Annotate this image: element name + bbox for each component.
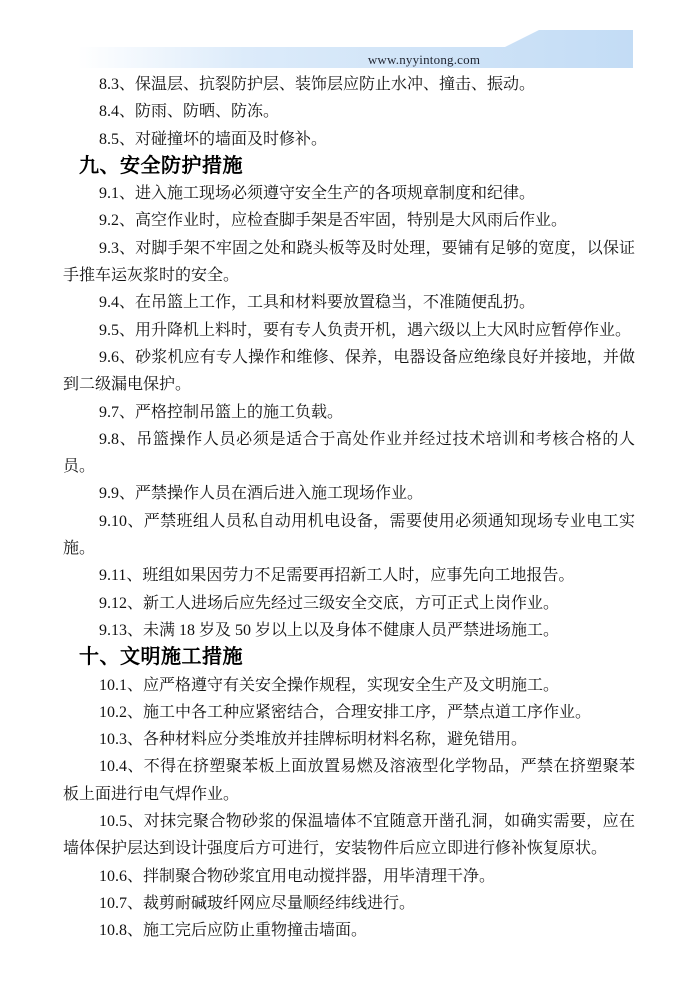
list-item: 10.3、各种材料应分类堆放并挂牌标明材料名称，避免错用。: [63, 726, 635, 753]
list-item: 9.7、严格控制吊篮上的施工负载。: [63, 399, 635, 426]
list-item: 9.2、高空作业时，应检查脚手架是否牢固，特别是大风雨后作业。: [63, 207, 635, 234]
list-item: 10.2、施工中各工种应紧密结合，合理安排工序，严禁点道工序作业。: [63, 699, 635, 726]
header-banner-ribbon: [0, 0, 700, 80]
document-section: 8.3、保温层、抗裂防护层、装饰层应防止水冲、撞击、振动。8.4、防雨、防晒、防…: [63, 71, 635, 153]
document-section: 九、安全防护措施 9.1、进入施工现场必须遵守安全生产的各项规章制度和纪律。9.…: [63, 153, 635, 644]
list-item: 8.3、保温层、抗裂防护层、装饰层应防止水冲、撞击、振动。: [63, 71, 635, 98]
section-items: 8.3、保温层、抗裂防护层、装饰层应防止水冲、撞击、振动。8.4、防雨、防晒、防…: [63, 71, 635, 153]
list-item: 9.4、在吊篮上工作，工具和材料要放置稳当，不准随便乱扔。: [63, 289, 635, 316]
list-item: 9.9、严禁操作人员在酒后进入施工现场作业。: [63, 480, 635, 507]
list-item: 9.5、用升降机上料时，要有专人负责开机，遇六级以上大风时应暂停作业。: [63, 317, 635, 344]
list-item: 8.4、防雨、防晒、防冻。: [63, 98, 635, 125]
list-item: 10.7、裁剪耐碱玻纤网应尽量顺经纬线进行。: [63, 890, 635, 917]
list-item: 10.4、不得在挤塑聚苯板上面放置易燃及溶液型化学物品，严禁在挤塑聚苯板上面进行…: [63, 753, 635, 808]
list-item: 9.1、进入施工现场必须遵守安全生产的各项规章制度和纪律。: [63, 180, 635, 207]
list-item: 10.5、对抹完聚合物砂浆的保温墙体不宜随意开凿孔洞，如确实需要，应在墙体保护层…: [63, 808, 635, 863]
list-item: 10.6、拌制聚合物砂浆宜用电动搅拌器，用毕清理干净。: [63, 863, 635, 890]
document-content: 8.3、保温层、抗裂防护层、装饰层应防止水冲、撞击、振动。8.4、防雨、防晒、防…: [63, 71, 635, 945]
list-item: 9.10、严禁班组人员私自动用机电设备，需要使用必须通知现场专业电工实施。: [63, 508, 635, 563]
list-item: 9.3、对脚手架不牢固之处和跷头板等及时处理，要铺有足够的宽度，以保证手推车运灰…: [63, 235, 635, 290]
list-item: 9.13、未满 18 岁及 50 岁以上以及身体不健康人员严禁进场施工。: [63, 617, 635, 644]
section-items: 9.1、进入施工现场必须遵守安全生产的各项规章制度和纪律。9.2、高空作业时，应…: [63, 180, 635, 644]
site-url-text: www.nyyintong.com: [324, 52, 524, 67]
section-heading: 九、安全防护措施: [63, 153, 635, 180]
list-item: 9.11、班组如果因劳力不足需要再招新工人时，应事先向工地报告。: [63, 562, 635, 589]
list-item: 9.6、砂浆机应有专人操作和维修、保养，电器设备应绝缘良好并接地，并做到二级漏电…: [63, 344, 635, 399]
document-page: www.nyyintong.com 8.3、保温层、抗裂防护层、装饰层应防止水冲…: [0, 0, 700, 990]
list-item: 9.12、新工人进场后应先经过三级安全交底，方可正式上岗作业。: [63, 590, 635, 617]
list-item: 10.8、施工完后应防止重物撞击墙面。: [63, 917, 635, 944]
section-items: 10.1、应严格遵守有关安全操作规程，实现安全生产及文明施工。10.2、施工中各…: [63, 672, 635, 945]
list-item: 8.5、对碰撞坏的墙面及时修补。: [63, 126, 635, 153]
list-item: 10.1、应严格遵守有关安全操作规程，实现安全生产及文明施工。: [63, 672, 635, 699]
document-section: 十、文明施工措施 10.1、应严格遵守有关安全操作规程，实现安全生产及文明施工。…: [63, 644, 635, 944]
section-heading: 十、文明施工措施: [63, 644, 635, 671]
list-item: 9.8、吊篮操作人员必须是适合于高处作业并经过技术培训和考核合格的人员。: [63, 426, 635, 481]
